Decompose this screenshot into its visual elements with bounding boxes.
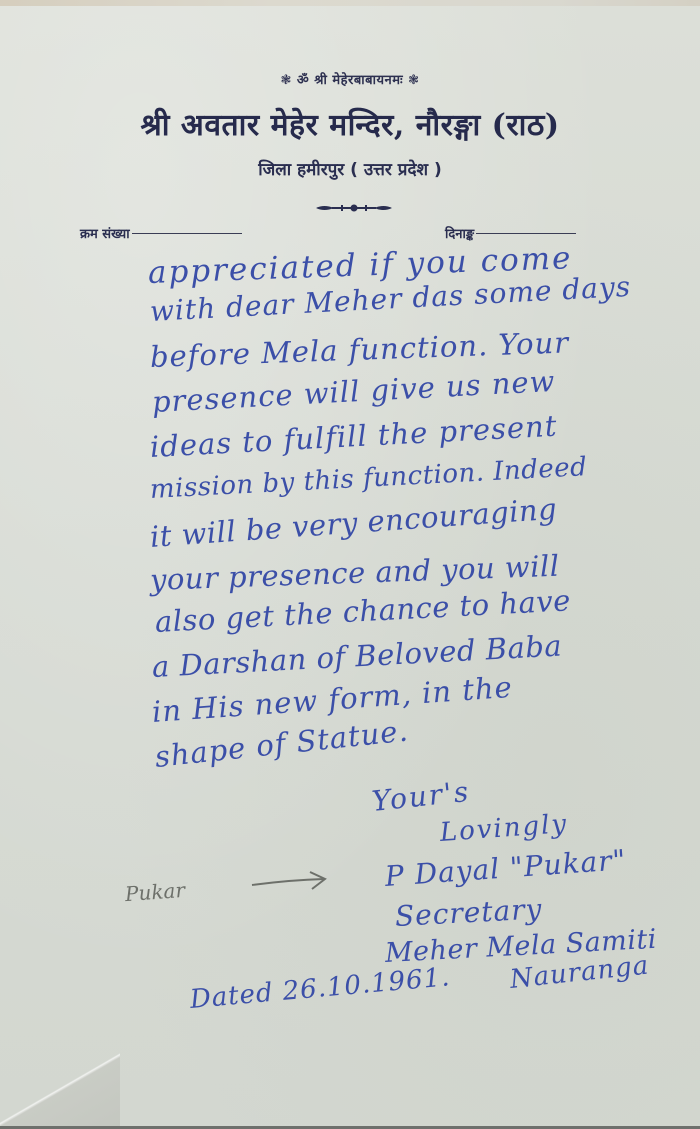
- signature: P Dayal "Pukar": [384, 843, 628, 893]
- signatory-title: Secretary: [394, 892, 543, 933]
- pencil-note: Pukar: [124, 878, 185, 906]
- body-line: ideas to fulfill the present: [149, 409, 558, 464]
- district-line: जिला हमीरपुर ( उत्तर प्रदेश ): [0, 157, 700, 180]
- paper-fold-corner: [0, 1049, 120, 1129]
- serial-number-label: क्रम संख्या: [80, 224, 130, 242]
- letter-date: Dated 26.10.1961.: [189, 962, 452, 1015]
- serial-number-line: [132, 233, 242, 234]
- letter-paper: ❃ ॐ श्री मेहेरबाबायनमः ❃ श्री अवतार मेहे…: [0, 0, 700, 1129]
- date-field: दिनाङ्क: [445, 224, 576, 242]
- organization-name: श्री अवतार मेहेर मन्दिर, नौरङ्गा (राठ): [0, 103, 700, 144]
- closing-line: Lovingly: [439, 809, 569, 848]
- invocation-line: ❃ ॐ श्री मेहेरबाबायनमः ❃: [0, 70, 700, 88]
- date-label: दिनाङ्क: [445, 224, 474, 242]
- closing-line: Your's: [370, 775, 471, 818]
- date-line: [476, 233, 576, 234]
- body-line: presence will give us new: [151, 364, 556, 419]
- serial-number-field: क्रम संख्या: [80, 224, 242, 242]
- ornament-divider-icon: [314, 203, 394, 213]
- arrow-right-icon: [250, 870, 330, 892]
